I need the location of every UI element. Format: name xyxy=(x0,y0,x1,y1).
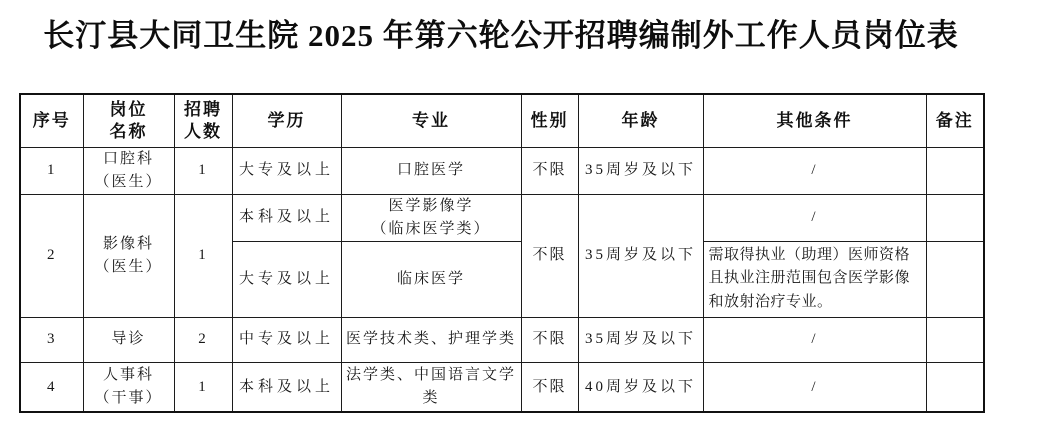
cell-r4-count: 1 xyxy=(174,362,232,412)
col-header-gender: 性别 xyxy=(521,94,578,147)
cell-r2b-note xyxy=(926,241,984,317)
table-row-1: 1 口腔科 （医生） 1 大专及以上 口腔医学 不限 35周岁及以下 / xyxy=(20,147,984,194)
cell-r2-age: 35周岁及以下 xyxy=(578,194,703,317)
cell-r2a-note xyxy=(926,194,984,241)
col-header-note: 备注 xyxy=(926,94,984,147)
table-row-2a: 2 影像科 （医生） 1 本科及以上 医学影像学 （临床医学类） 不限 35周岁… xyxy=(20,194,984,241)
cell-r1-no: 1 xyxy=(20,147,83,194)
cell-r1-count: 1 xyxy=(174,147,232,194)
cell-r2b-edu: 大专及以上 xyxy=(232,241,341,317)
cell-r4-age: 40周岁及以下 xyxy=(578,362,703,412)
col-header-age: 年龄 xyxy=(578,94,703,147)
header-row: 序号 岗位 名称 招聘 人数 学历 专业 性别 年龄 其他条件 备注 xyxy=(20,94,984,147)
cell-r1-other: / xyxy=(703,147,926,194)
cell-r3-age: 35周岁及以下 xyxy=(578,317,703,362)
cell-r2-no: 2 xyxy=(20,194,83,317)
cell-r1-edu: 大专及以上 xyxy=(232,147,341,194)
cell-r3-gender: 不限 xyxy=(521,317,578,362)
cell-r2a-major: 医学影像学 （临床医学类） xyxy=(341,194,521,241)
cell-r4-note xyxy=(926,362,984,412)
cell-r3-other: / xyxy=(703,317,926,362)
cell-r2-gender: 不限 xyxy=(521,194,578,317)
cell-r2b-major: 临床医学 xyxy=(341,241,521,317)
cell-r1-gender: 不限 xyxy=(521,147,578,194)
cell-r1-major: 口腔医学 xyxy=(341,147,521,194)
cell-r3-count: 2 xyxy=(174,317,232,362)
col-header-post: 岗位 名称 xyxy=(83,94,174,147)
document-page: 长汀县大同卫生院 2025 年第六轮公开招聘编制外工作人员岗位表 序号 岗位 名… xyxy=(0,0,1059,421)
cell-r3-edu: 中专及以上 xyxy=(232,317,341,362)
col-header-edu: 学历 xyxy=(232,94,341,147)
cell-r1-post: 口腔科 （医生） xyxy=(83,147,174,194)
col-header-count: 招聘 人数 xyxy=(174,94,232,147)
cell-r1-age: 35周岁及以下 xyxy=(578,147,703,194)
table-row-4: 4 人事科 （干事） 1 本科及以上 法学类、中国语言文学类 不限 40周岁及以… xyxy=(20,362,984,412)
cell-r2-post: 影像科 （医生） xyxy=(83,194,174,317)
col-header-no: 序号 xyxy=(20,94,83,147)
cell-r2-count: 1 xyxy=(174,194,232,317)
cell-r4-gender: 不限 xyxy=(521,362,578,412)
cell-r3-note xyxy=(926,317,984,362)
cell-r2a-other: / xyxy=(703,194,926,241)
cell-r3-major: 医学技术类、护理学类 xyxy=(341,317,521,362)
cell-r4-major: 法学类、中国语言文学类 xyxy=(341,362,521,412)
table-row-3: 3 导诊 2 中专及以上 医学技术类、护理学类 不限 35周岁及以下 / xyxy=(20,317,984,362)
cell-r4-post: 人事科 （干事） xyxy=(83,362,174,412)
cell-r2a-edu: 本科及以上 xyxy=(232,194,341,241)
positions-table: 序号 岗位 名称 招聘 人数 学历 专业 性别 年龄 其他条件 备注 1 口腔科… xyxy=(19,93,985,413)
col-header-major: 专业 xyxy=(341,94,521,147)
col-header-other: 其他条件 xyxy=(703,94,926,147)
document-title: 长汀县大同卫生院 2025 年第六轮公开招聘编制外工作人员岗位表 xyxy=(19,10,983,55)
cell-r2b-other: 需取得执业（助理）医师资格 且执业注册范围包含医学影像 和放射治疗专业。 xyxy=(703,241,926,317)
cell-r4-edu: 本科及以上 xyxy=(232,362,341,412)
cell-r3-no: 3 xyxy=(20,317,83,362)
cell-r4-no: 4 xyxy=(20,362,83,412)
cell-r3-post: 导诊 xyxy=(83,317,174,362)
cell-r1-note xyxy=(926,147,984,194)
cell-r4-other: / xyxy=(703,362,926,412)
